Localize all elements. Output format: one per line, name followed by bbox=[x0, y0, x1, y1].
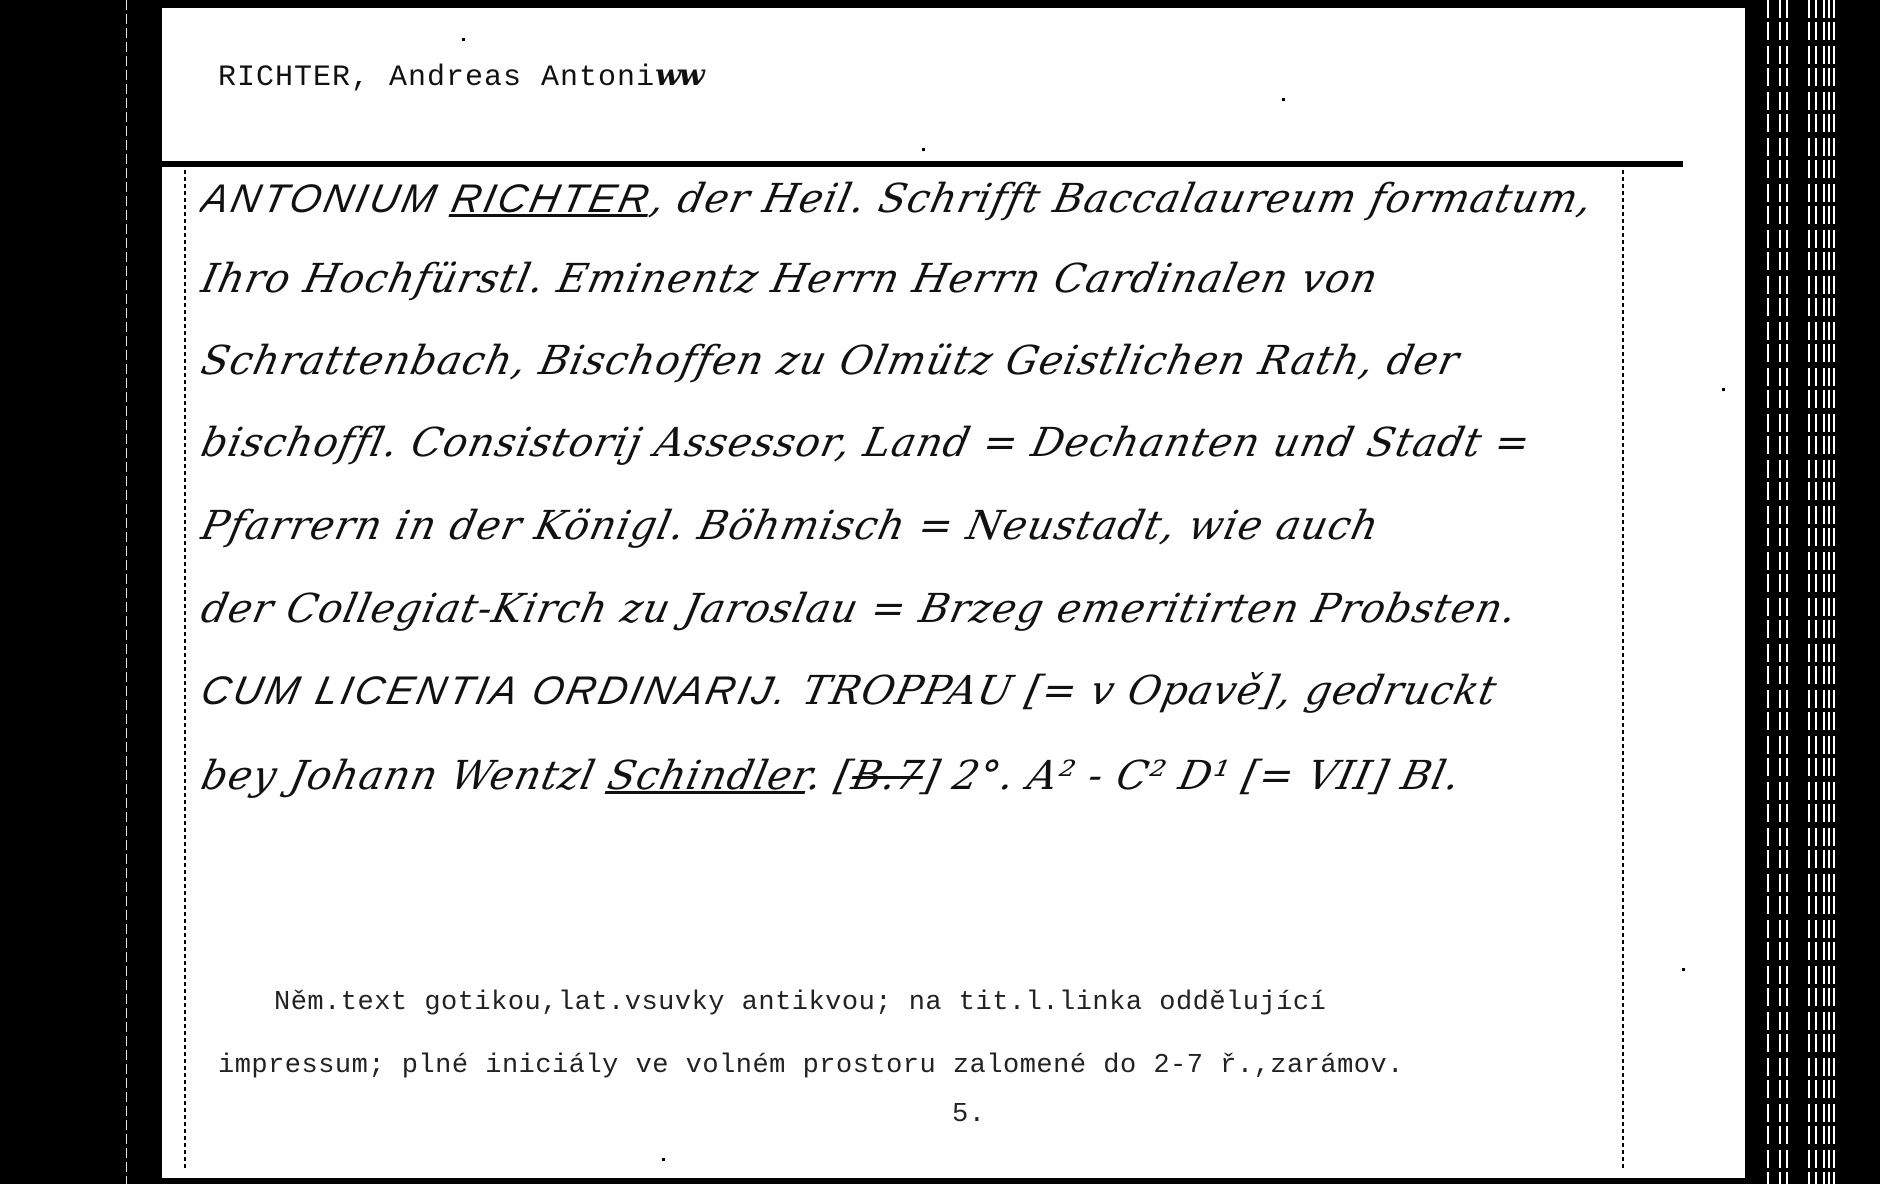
crossed-out-text: ww bbox=[655, 58, 703, 93]
strip-line bbox=[1808, 0, 1810, 1184]
author-name: RICHTER, Andreas Antoni bbox=[218, 61, 655, 95]
printer-name-underlined: Schindler bbox=[604, 753, 814, 799]
title-caps: ANTONIUM bbox=[197, 177, 443, 221]
title-underlined-name: RICHTER bbox=[448, 177, 656, 221]
line-text: Ihro Hochfürstl. Eminentz Herrn Herrn Ca… bbox=[197, 256, 1382, 302]
scan-speck bbox=[1722, 388, 1725, 391]
line-text: TROPPAU [= v Opavě], gedruckt bbox=[785, 668, 1502, 714]
typed-note-line-2: impressum; plné iniciály ve volném prost… bbox=[218, 1051, 1404, 1081]
line-text: Schrattenbach, Bischoffen zu Olmütz Geis… bbox=[197, 338, 1464, 384]
handwritten-line-6: der Collegiat-Kirch zu Jaroslau = Brzeg … bbox=[197, 586, 1627, 632]
strip-line bbox=[1823, 0, 1825, 1184]
line-text: der Collegiat-Kirch zu Jaroslau = Brzeg … bbox=[197, 586, 1521, 632]
handwritten-line-8: bey Johann Wentzl Schindler. [B.7] 2°. A… bbox=[197, 753, 1627, 799]
handwritten-line-3: Schrattenbach, Bischoffen zu Olmütz Geis… bbox=[197, 338, 1627, 384]
strip-line bbox=[1779, 0, 1781, 1184]
scan-speck bbox=[1282, 98, 1285, 101]
card-header-name: RICHTER, Andreas Antoniww bbox=[218, 58, 703, 95]
scan-speck bbox=[662, 1158, 665, 1161]
handwritten-line-1: ANTONIUM RICHTER, der Heil. Schrifft Bac… bbox=[197, 176, 1627, 222]
frame-left-dotted bbox=[184, 170, 186, 1170]
handwritten-line-4: bischoffl. Consistorij Assessor, Land = … bbox=[197, 420, 1627, 466]
struck-shelfmark: B.7 bbox=[848, 753, 928, 799]
strip-line bbox=[1828, 0, 1830, 1184]
strip-line bbox=[1833, 0, 1835, 1184]
handwritten-line-2: Ihro Hochfürstl. Eminentz Herrn Herrn Ca… bbox=[197, 256, 1627, 302]
line-text: bey Johann Wentzl bbox=[197, 753, 613, 799]
line-text: , der Heil. Schrifft Baccalaureum format… bbox=[646, 176, 1597, 222]
scan-speck bbox=[1682, 968, 1685, 971]
handwritten-line-5: Pfarrern in der Königl. Böhmisch = Neust… bbox=[197, 503, 1627, 549]
line-text: bischoffl. Consistorij Assessor, Land = … bbox=[197, 420, 1535, 466]
strip-line bbox=[1786, 0, 1788, 1184]
scanner-edge-strip bbox=[1745, 0, 1880, 1184]
license-caps: CUM LICENTIA ORDINARIJ. bbox=[197, 669, 794, 713]
handwritten-line-7: CUM LICENTIA ORDINARIJ. TROPPAU [= v Opa… bbox=[197, 668, 1627, 714]
line-text: Pfarrern in der Königl. Böhmisch = Neust… bbox=[197, 503, 1383, 549]
strip-line bbox=[1767, 0, 1769, 1184]
typed-note-line-1: Něm.text gotikou,lat.vsuvky antikvou; na… bbox=[274, 988, 1326, 1018]
collation-text: ] 2°. A² - C² D¹ [= VII] Bl. bbox=[918, 753, 1465, 799]
catalog-card: RICHTER, Andreas Antoniww ANTONIUM RICHT… bbox=[162, 8, 1745, 1178]
scan-speck bbox=[462, 38, 465, 41]
page-number: 5. bbox=[952, 1100, 985, 1130]
scan-speck bbox=[922, 148, 925, 151]
header-divider bbox=[162, 161, 1683, 167]
strip-line bbox=[1815, 0, 1817, 1184]
scan-edge-line bbox=[126, 0, 127, 1184]
